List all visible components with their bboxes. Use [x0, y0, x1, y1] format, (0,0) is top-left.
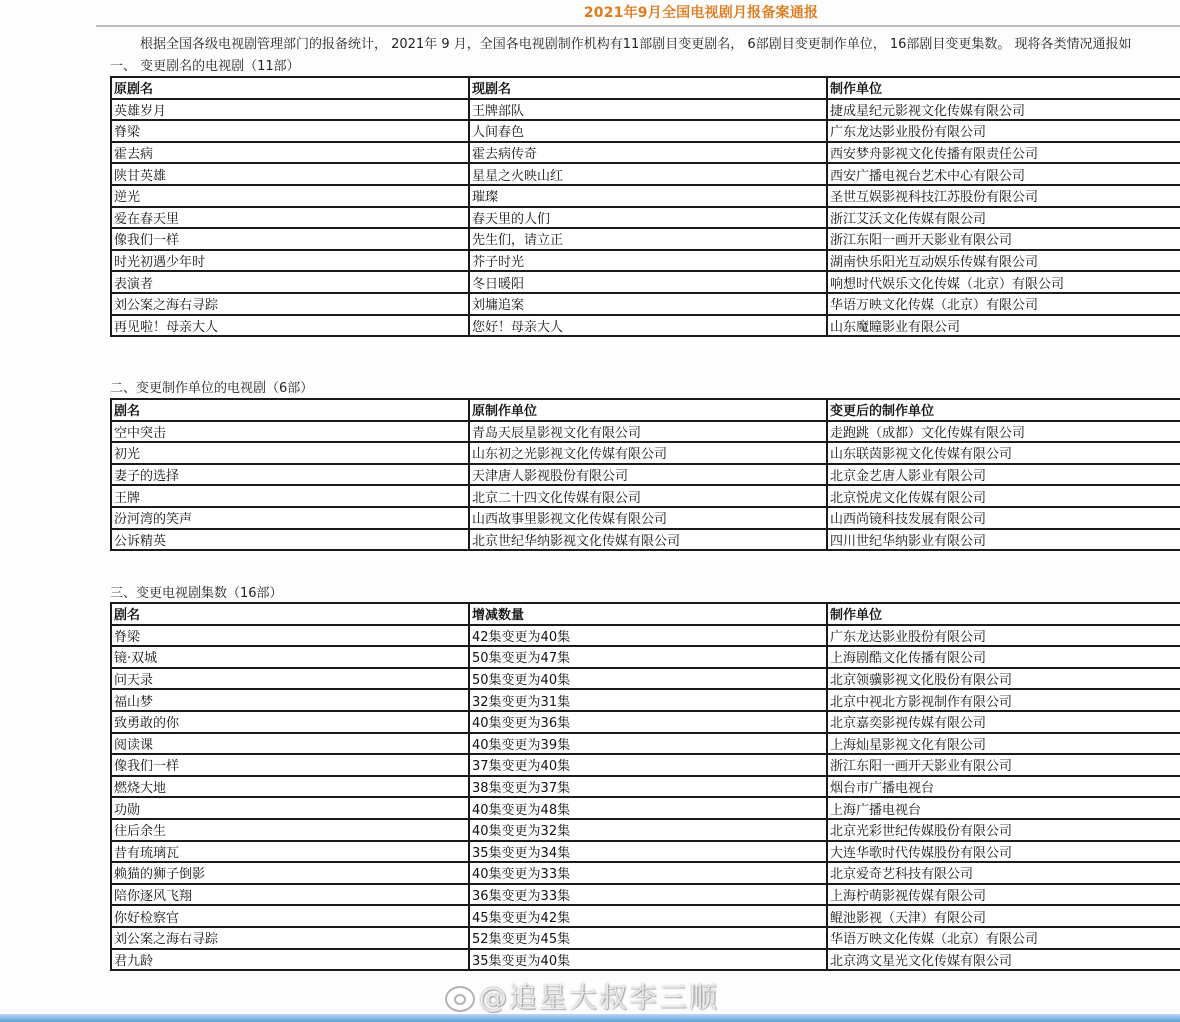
table-cell: 往后余生 [111, 819, 469, 841]
table-cell: 璀璨 [469, 185, 827, 207]
table-cell: 35集变更为34集 [469, 841, 827, 863]
table-cell: 北京鸿文星光文化传媒有限公司 [827, 949, 1180, 971]
table-row: 致勇敢的你40集变更为36集北京嘉奕影视传媒有限公司 [111, 711, 1180, 733]
table-cell: 昔有琉璃瓦 [111, 841, 469, 863]
column-header: 增减数量 [469, 603, 827, 625]
table-cell: 湖南快乐阳光互动娱乐传媒有限公司 [827, 250, 1180, 272]
section3-title: 三、变更电视剧集数（16部） [110, 582, 283, 601]
column-header: 原制作单位 [469, 399, 827, 421]
table-cell: 爱在春天里 [111, 207, 469, 229]
table-cell: 圣世互娱影视科技江苏股份有限公司 [827, 185, 1180, 207]
table-header-row: 剧名 原制作单位 变更后的制作单位 [111, 399, 1180, 421]
table-body: 脊梁42集变更为40集广东龙达影业股份有限公司镜·双城50集变更为47集上海剧酷… [111, 625, 1180, 971]
table-cell: 赖猫的狮子倒影 [111, 862, 469, 884]
column-header: 剧名 [111, 603, 469, 625]
table-cell: 山西尚镜科技发展有限公司 [827, 507, 1180, 529]
table-cell: 山东联茵影视文化传媒有限公司 [827, 442, 1180, 464]
changed-producer-table: 剧名 原制作单位 变更后的制作单位 空中突击青岛天辰星影视文化有限公司走跑跳（成… [110, 398, 1180, 551]
table-cell: 王牌部队 [469, 99, 827, 121]
table-cell: 逆光 [111, 185, 469, 207]
page-title: 2021年9月全国电视剧月报备案通报 [0, 2, 1180, 22]
table-body: 英雄岁月王牌部队捷成星纪元影视文化传媒有限公司脊梁人间春色广东龙达影业股份有限公… [111, 99, 1180, 337]
table-cell: 走跑跳（成都）文化传媒有限公司 [827, 421, 1180, 443]
table-row: 福山梦32集变更为31集北京中视北方影视制作有限公司 [111, 689, 1180, 711]
column-header: 剧名 [111, 399, 469, 421]
table-row: 公诉精英北京世纪华纳影视文化传媒有限公司四川世纪华纳影业有限公司 [111, 529, 1180, 551]
table-row: 脊梁42集变更为40集广东龙达影业股份有限公司 [111, 625, 1180, 647]
table-cell: 刘公案之海右寻踪 [111, 927, 469, 949]
table-cell: 四川世纪华纳影业有限公司 [827, 529, 1180, 551]
table-cell: 北京嘉奕影视传媒有限公司 [827, 711, 1180, 733]
table-cell: 汾河湾的笑声 [111, 507, 469, 529]
column-header: 原剧名 [111, 77, 469, 99]
table-cell: 妻子的选择 [111, 464, 469, 486]
table-cell: 公诉精英 [111, 529, 469, 551]
table-row: 陪你逐风飞翔36集变更为33集上海柠萌影视传媒有限公司 [111, 884, 1180, 906]
table-cell: 天津唐人影视股份有限公司 [469, 464, 827, 486]
table-cell: 福山梦 [111, 689, 469, 711]
table-cell: 阅读课 [111, 733, 469, 755]
table-cell: 山东初之光影视文化传媒有限公司 [469, 442, 827, 464]
table-cell: 功勋 [111, 797, 469, 819]
table-cell: 52集变更为45集 [469, 927, 827, 949]
table-cell: 浙江东阳一画开天影业有限公司 [827, 754, 1180, 776]
table-cell: 山西故事里影视文化传媒有限公司 [469, 507, 827, 529]
table-cell: 星星之火映山红 [469, 163, 827, 185]
table-cell: 烟台市广播电视台 [827, 776, 1180, 798]
table-cell: 问天录 [111, 668, 469, 690]
table-cell: 北京金艺唐人影业有限公司 [827, 464, 1180, 486]
table-row: 刘公案之海右寻踪52集变更为45集华语万映文化传媒（北京）有限公司 [111, 927, 1180, 949]
table-row: 陕甘英雄星星之火映山红西安广播电视台艺术中心有限公司 [111, 163, 1180, 185]
table-row: 镜·双城50集变更为47集上海剧酷文化传播有限公司 [111, 646, 1180, 668]
table-cell: 先生们，请立正 [469, 228, 827, 250]
weibo-icon [445, 986, 475, 1012]
table-cell: 50集变更为47集 [469, 646, 827, 668]
table-cell: 浙江东阳一画开天影业有限公司 [827, 228, 1180, 250]
table-header-row: 剧名 增减数量 制作单位 [111, 603, 1180, 625]
watermark: @追星大叔李三顺 [445, 976, 719, 1016]
table-row: 昔有琉璃瓦35集变更为34集大连华歌时代传媒股份有限公司 [111, 841, 1180, 863]
table-cell: 35集变更为40集 [469, 949, 827, 971]
changed-episodes-table: 剧名 增减数量 制作单位 脊梁42集变更为40集广东龙达影业股份有限公司镜·双城… [110, 602, 1180, 971]
table-cell: 西安梦舟影视文化传播有限责任公司 [827, 142, 1180, 164]
table-cell: 镜·双城 [111, 646, 469, 668]
table-cell: 王牌 [111, 485, 469, 507]
table-cell: 42集变更为40集 [469, 625, 827, 647]
table-row: 你好检察官45集变更为42集鲲池影视（天津）有限公司 [111, 905, 1180, 927]
table-row: 表演者冬日暖阳响想时代娱乐文化传媒（北京）有限公司 [111, 271, 1180, 293]
table-cell: 冬日暖阳 [469, 271, 827, 293]
table-cell: 您好！母亲大人 [469, 315, 827, 337]
table-cell: 燃烧大地 [111, 776, 469, 798]
table-cell: 38集变更为37集 [469, 776, 827, 798]
table-cell: 北京悦虎文化传媒有限公司 [827, 485, 1180, 507]
table-row: 妻子的选择天津唐人影视股份有限公司北京金艺唐人影业有限公司 [111, 464, 1180, 486]
table-cell: 大连华歌时代传媒股份有限公司 [827, 841, 1180, 863]
table-cell: 北京爱奇艺科技有限公司 [827, 862, 1180, 884]
watermark-text: @追星大叔李三顺 [479, 981, 719, 1014]
table-cell: 脊梁 [111, 625, 469, 647]
table-cell: 像我们一样 [111, 754, 469, 776]
table-body: 空中突击青岛天辰星影视文化有限公司走跑跳（成都）文化传媒有限公司初光山东初之光影… [111, 421, 1180, 551]
table-cell: 英雄岁月 [111, 99, 469, 121]
table-cell: 华语万映文化传媒（北京）有限公司 [827, 293, 1180, 315]
table-cell: 霍去病 [111, 142, 469, 164]
table-cell: 捷成星纪元影视文化传媒有限公司 [827, 99, 1180, 121]
table-cell: 春天里的人们 [469, 207, 827, 229]
column-header: 现剧名 [469, 77, 827, 99]
table-cell: 华语万映文化传媒（北京）有限公司 [827, 927, 1180, 949]
table-cell: 山东魔瞳影业有限公司 [827, 315, 1180, 337]
table-cell: 青岛天辰星影视文化有限公司 [469, 421, 827, 443]
table-cell: 刘公案之海右寻踪 [111, 293, 469, 315]
table-row: 阅读课40集变更为39集上海灿星影视文化有限公司 [111, 733, 1180, 755]
table-row: 空中突击青岛天辰星影视文化有限公司走跑跳（成都）文化传媒有限公司 [111, 421, 1180, 443]
table-row: 问天录50集变更为40集北京领骥影视文化股份有限公司 [111, 668, 1180, 690]
table-row: 再见啦！母亲大人您好！母亲大人山东魔瞳影业有限公司 [111, 315, 1180, 337]
table-row: 时光初遇少年时芥子时光湖南快乐阳光互动娱乐传媒有限公司 [111, 250, 1180, 272]
table-header-row: 原剧名 现剧名 制作单位 [111, 77, 1180, 99]
table-row: 汾河湾的笑声山西故事里影视文化传媒有限公司山西尚镜科技发展有限公司 [111, 507, 1180, 529]
table-row: 像我们一样37集变更为40集浙江东阳一画开天影业有限公司 [111, 754, 1180, 776]
intro-paragraph: 根据全国各级电视剧管理部门的报备统计， 2021年 9 月，全国各电视剧制作机构… [140, 33, 1132, 52]
table-row: 君九龄35集变更为40集北京鸿文星光文化传媒有限公司 [111, 949, 1180, 971]
table-cell: 36集变更为33集 [469, 884, 827, 906]
table-cell: 像我们一样 [111, 228, 469, 250]
table-cell: 上海柠萌影视传媒有限公司 [827, 884, 1180, 906]
column-header: 变更后的制作单位 [827, 399, 1180, 421]
table-cell: 50集变更为40集 [469, 668, 827, 690]
table-cell: 初光 [111, 442, 469, 464]
table-cell: 刘墉追案 [469, 293, 827, 315]
table-cell: 北京领骥影视文化股份有限公司 [827, 668, 1180, 690]
table-cell: 40集变更为39集 [469, 733, 827, 755]
table-cell: 表演者 [111, 271, 469, 293]
table-cell: 广东龙达影业股份有限公司 [827, 120, 1180, 142]
table-row: 初光山东初之光影视文化传媒有限公司山东联茵影视文化传媒有限公司 [111, 442, 1180, 464]
table-cell: 40集变更为33集 [469, 862, 827, 884]
table-row: 燃烧大地38集变更为37集烟台市广播电视台 [111, 776, 1180, 798]
table-cell: 37集变更为40集 [469, 754, 827, 776]
table-row: 爱在春天里春天里的人们浙江艾沃文化传媒有限公司 [111, 207, 1180, 229]
table-cell: 北京世纪华纳影视文化传媒有限公司 [469, 529, 827, 551]
column-header: 制作单位 [827, 603, 1180, 625]
table-row: 赖猫的狮子倒影40集变更为33集北京爱奇艺科技有限公司 [111, 862, 1180, 884]
table-cell: 40集变更为36集 [469, 711, 827, 733]
table-cell: 鲲池影视（天津）有限公司 [827, 905, 1180, 927]
table-row: 脊梁人间春色广东龙达影业股份有限公司 [111, 120, 1180, 142]
table-cell: 芥子时光 [469, 250, 827, 272]
table-cell: 北京光彩世纪传媒股份有限公司 [827, 819, 1180, 841]
table-cell: 北京二十四文化传媒有限公司 [469, 485, 827, 507]
table-cell: 响想时代娱乐文化传媒（北京）有限公司 [827, 271, 1180, 293]
table-cell: 西安广播电视台艺术中心有限公司 [827, 163, 1180, 185]
section2-title: 二、变更制作单位的电视剧（6部） [110, 377, 313, 396]
table-row: 王牌北京二十四文化传媒有限公司北京悦虎文化传媒有限公司 [111, 485, 1180, 507]
table-cell: 上海灿星影视文化有限公司 [827, 733, 1180, 755]
table-cell: 上海广播电视台 [827, 797, 1180, 819]
table-cell: 上海剧酷文化传播有限公司 [827, 646, 1180, 668]
table-cell: 陕甘英雄 [111, 163, 469, 185]
table-cell: 广东龙达影业股份有限公司 [827, 625, 1180, 647]
column-header: 制作单位 [827, 77, 1180, 99]
section1-title: 一、 变更剧名的电视剧（11部） [110, 55, 300, 74]
taskbar-strip [0, 1014, 1180, 1022]
table-row: 像我们一样先生们，请立正浙江东阳一画开天影业有限公司 [111, 228, 1180, 250]
table-cell: 你好检察官 [111, 905, 469, 927]
table-cell: 再见啦！母亲大人 [111, 315, 469, 337]
table-cell: 霍去病传奇 [469, 142, 827, 164]
table-cell: 40集变更为48集 [469, 797, 827, 819]
table-cell: 空中突击 [111, 421, 469, 443]
table-cell: 40集变更为32集 [469, 819, 827, 841]
table-row: 刘公案之海右寻踪刘墉追案华语万映文化传媒（北京）有限公司 [111, 293, 1180, 315]
table-cell: 人间春色 [469, 120, 827, 142]
table-row: 霍去病霍去病传奇西安梦舟影视文化传播有限责任公司 [111, 142, 1180, 164]
table-cell: 浙江艾沃文化传媒有限公司 [827, 207, 1180, 229]
table-cell: 45集变更为42集 [469, 905, 827, 927]
table-row: 往后余生40集变更为32集北京光彩世纪传媒股份有限公司 [111, 819, 1180, 841]
renamed-dramas-table: 原剧名 现剧名 制作单位 英雄岁月王牌部队捷成星纪元影视文化传媒有限公司脊梁人间… [110, 76, 1180, 337]
table-cell: 32集变更为31集 [469, 689, 827, 711]
table-cell: 北京中视北方影视制作有限公司 [827, 689, 1180, 711]
table-cell: 时光初遇少年时 [111, 250, 469, 272]
table-cell: 脊梁 [111, 120, 469, 142]
table-row: 英雄岁月王牌部队捷成星纪元影视文化传媒有限公司 [111, 99, 1180, 121]
table-cell: 陪你逐风飞翔 [111, 884, 469, 906]
table-row: 逆光璀璨圣世互娱影视科技江苏股份有限公司 [111, 185, 1180, 207]
table-row: 功勋40集变更为48集上海广播电视台 [111, 797, 1180, 819]
title-divider [96, 25, 1180, 27]
table-cell: 致勇敢的你 [111, 711, 469, 733]
table-cell: 君九龄 [111, 949, 469, 971]
